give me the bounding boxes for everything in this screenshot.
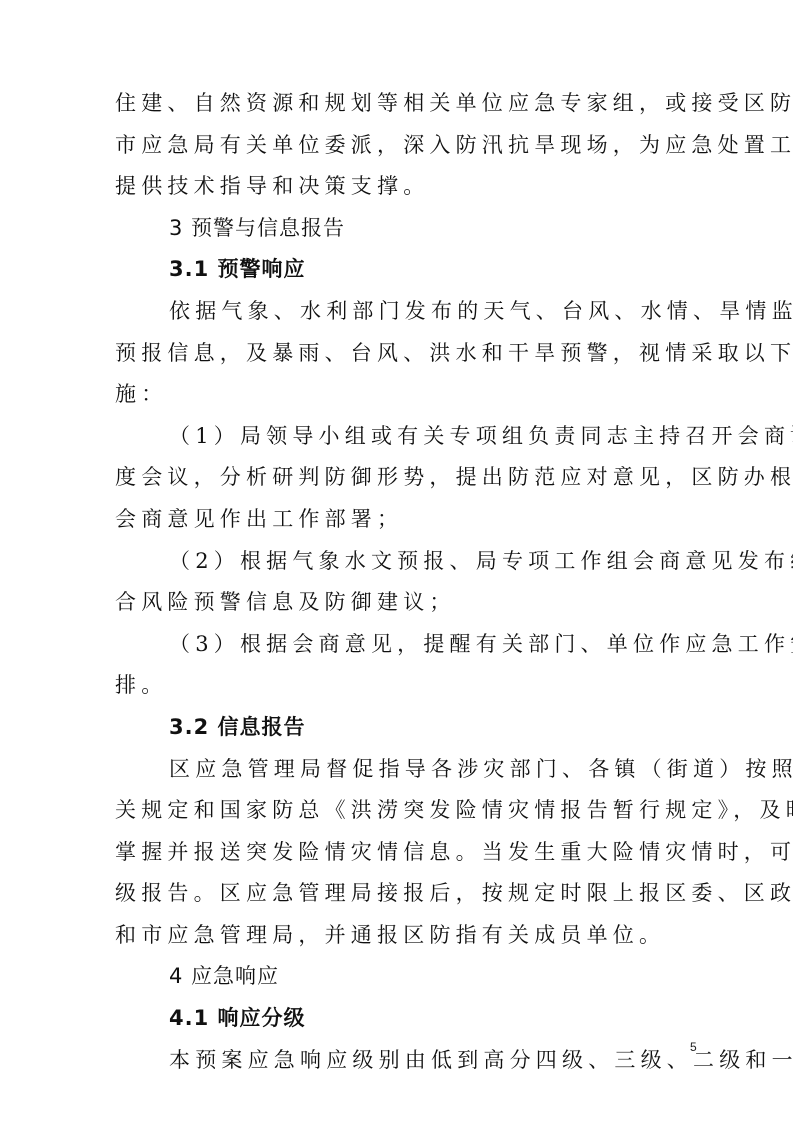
list-item-3-line-1: （3）根据会商意见，提醒有关部门、单位作应急工作安: [115, 624, 699, 666]
body-line-21: 和市应急管理局，并通报区防指有关成员单位。: [115, 915, 699, 957]
body-line-17: 区应急管理局督促指导各涉灾部门、各镇（街道）按照有: [115, 749, 699, 791]
subsection-heading-3-2: 3.2 信息报告: [115, 707, 699, 749]
body-line-2: 市应急局有关单位委派，深入防汛抗旱现场，为应急处置工作: [115, 125, 699, 167]
subsection-heading-3-1: 3.1 预警响应: [115, 249, 699, 291]
section-heading-3: 3 预警与信息报告: [115, 208, 699, 250]
body-line-18: 关规定和国家防总《洪涝突发险情灾情报告暂行规定》，及时: [115, 790, 699, 832]
page-number: 5: [690, 1040, 697, 1054]
body-line-8: 施：: [115, 374, 699, 416]
section-heading-4: 4 应急响应: [115, 956, 699, 998]
body-line-3: 提供技术指导和决策支撑。: [115, 166, 699, 208]
body-line-1: 住建、自然资源和规划等相关单位应急专家组，或接受区防指、: [115, 83, 699, 125]
subsection-heading-4-1: 4.1 响应分级: [115, 998, 699, 1040]
body-line-19: 掌握并报送突发险情灾情信息。当发生重大险情灾情时，可越: [115, 832, 699, 874]
document-page: 住建、自然资源和规划等相关单位应急专家组，或接受区防指、 市应急局有关单位委派，…: [0, 0, 793, 1122]
list-item-3-line-2: 排。: [115, 665, 699, 707]
list-item-2-line-2: 合风险预警信息及防御建议；: [115, 582, 699, 624]
list-item-1-line-2: 度会议，分析研判防御形势，提出防范应对意见，区防办根据: [115, 457, 699, 499]
body-line-7: 预报信息，及暴雨、台风、洪水和干旱预警，视情采取以下措: [115, 333, 699, 375]
body-line-24: 本预案应急响应级别由低到高分四级、三级、二级和一级，: [115, 1040, 699, 1082]
list-item-2-line-1: （2）根据气象水文预报、局专项工作组会商意见发布综: [115, 541, 699, 583]
page-content: 住建、自然资源和规划等相关单位应急专家组，或接受区防指、 市应急局有关单位委派，…: [115, 83, 699, 1081]
body-line-6: 依据气象、水利部门发布的天气、台风、水情、旱情监测: [115, 291, 699, 333]
list-item-1-line-3: 会商意见作出工作部署；: [115, 499, 699, 541]
body-line-20: 级报告。区应急管理局接报后，按规定时限上报区委、区政府: [115, 873, 699, 915]
list-item-1-line-1: （1）局领导小组或有关专项组负责同志主持召开会商调: [115, 416, 699, 458]
